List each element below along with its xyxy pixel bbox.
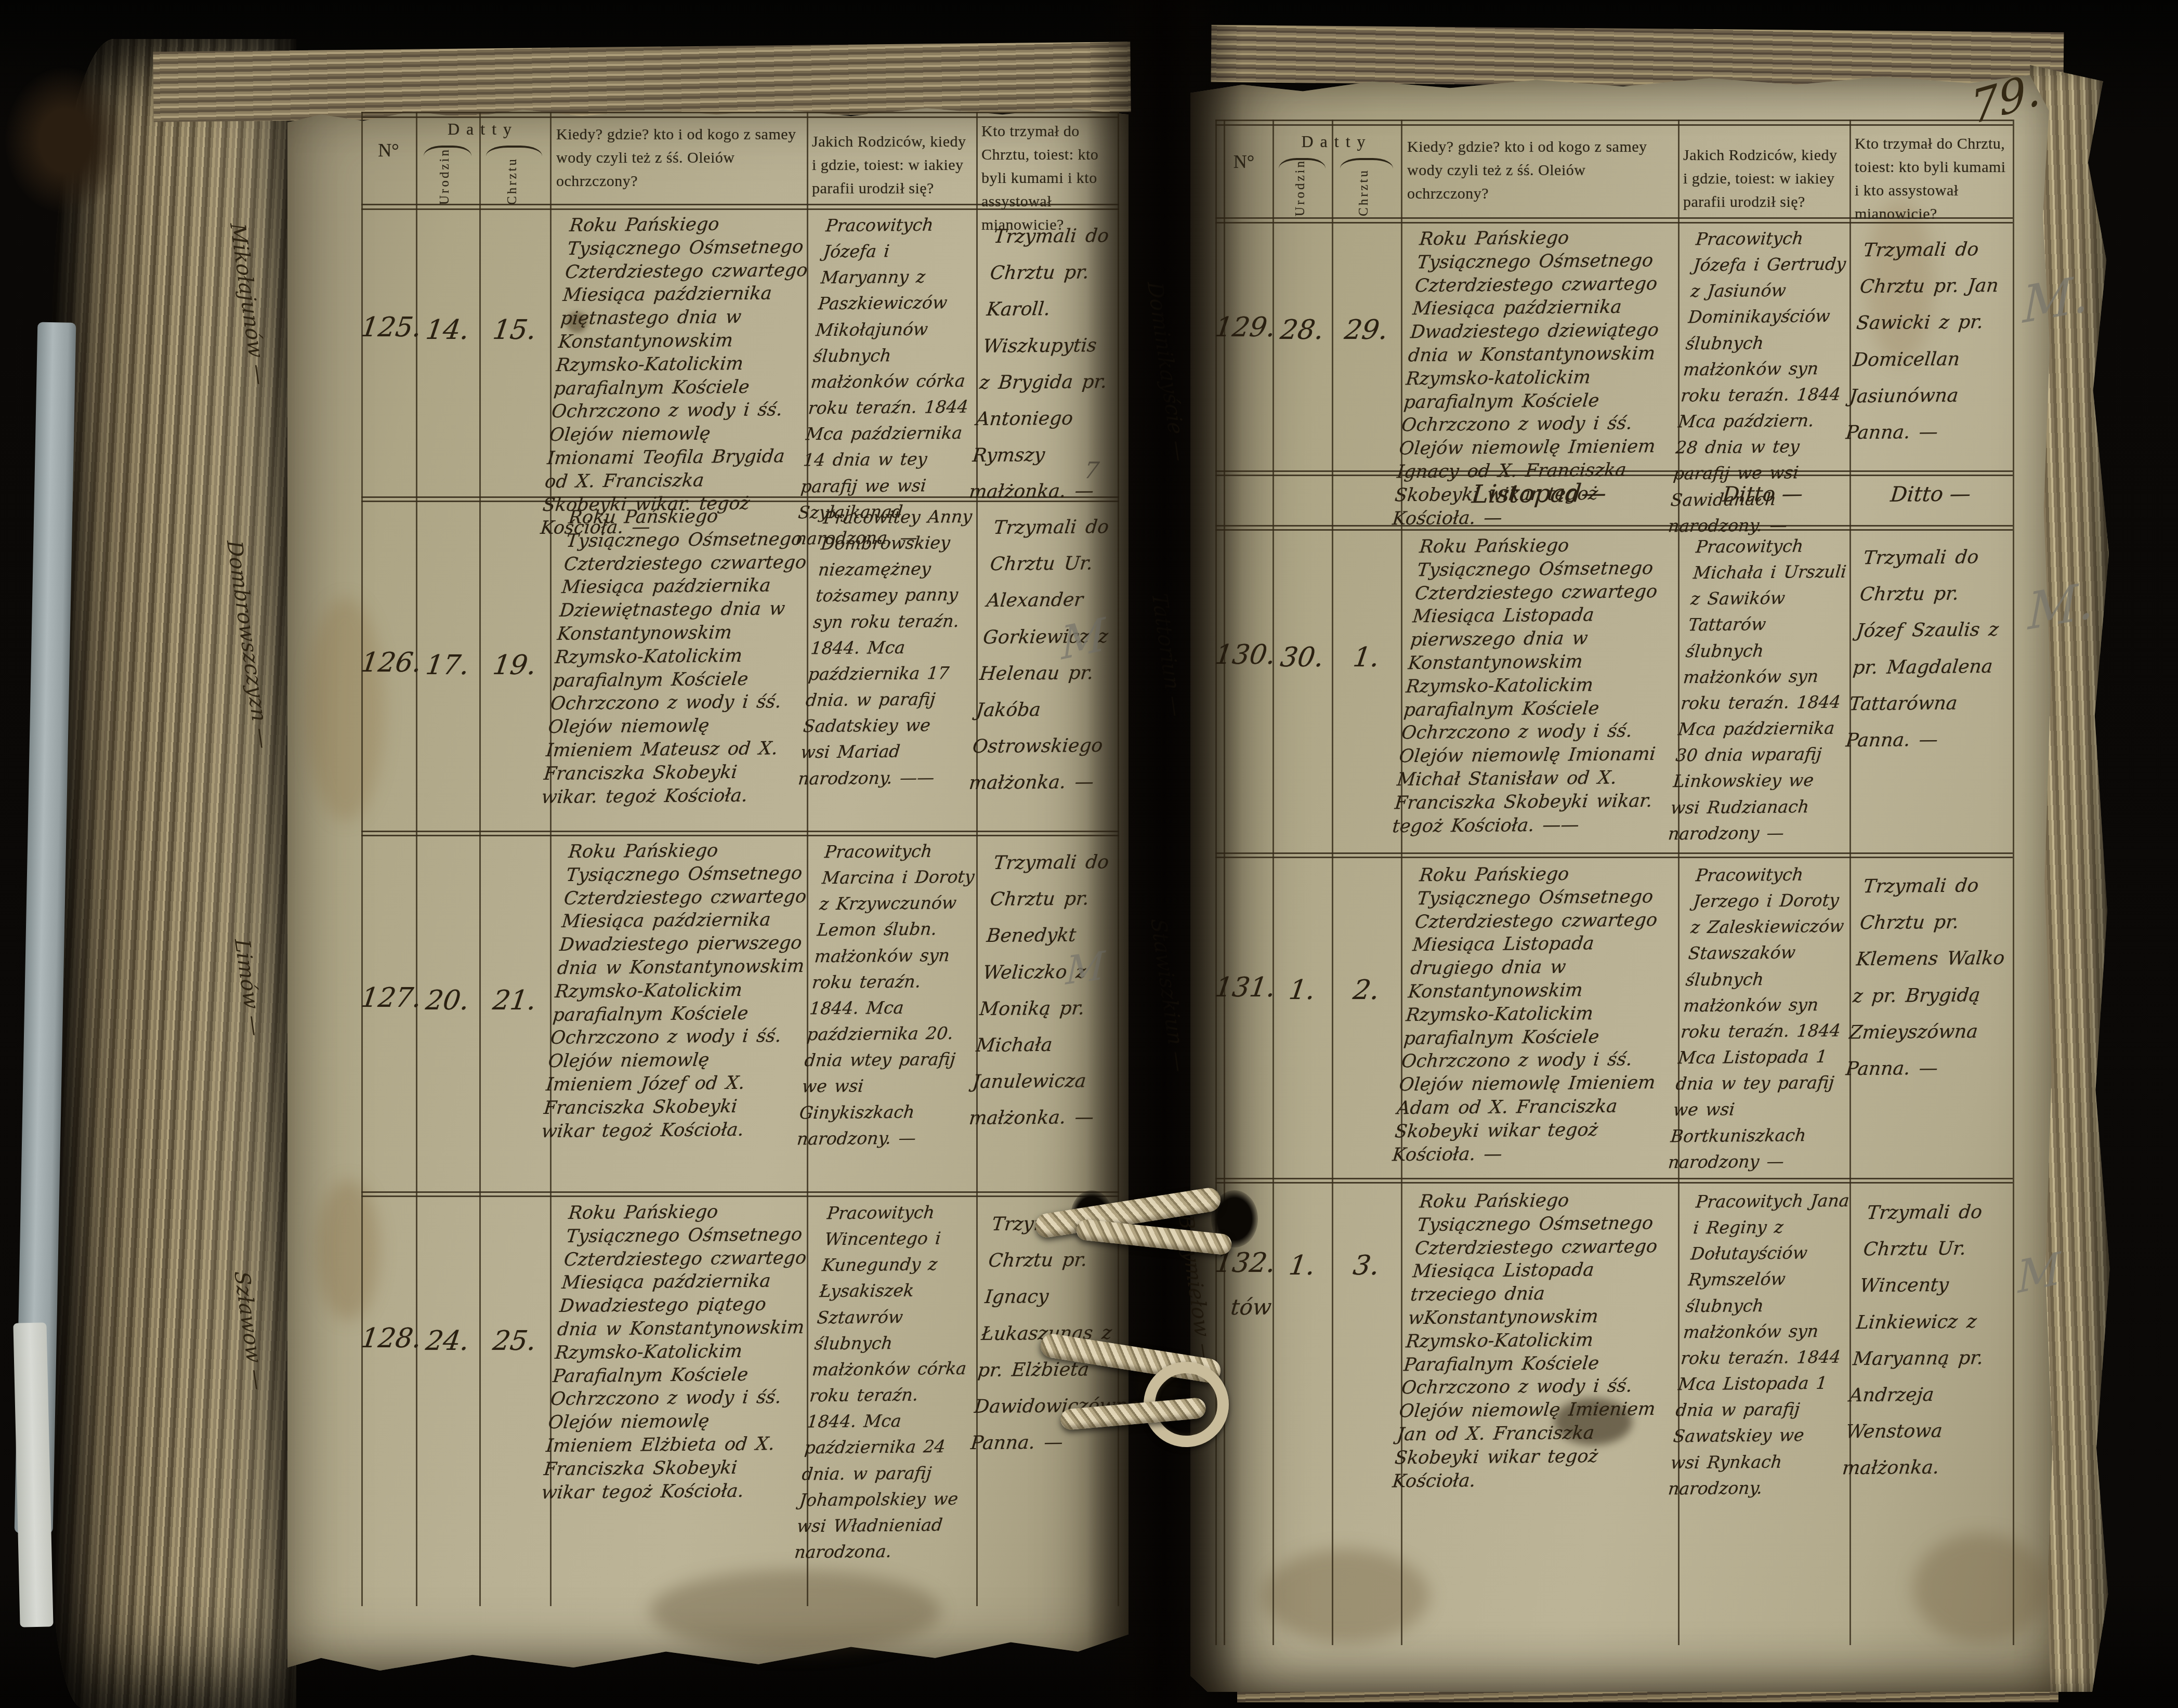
column-header-chrztu: Chrztu	[505, 155, 520, 205]
white-paper-edge	[13, 1322, 53, 1627]
table-rule	[1215, 1182, 2013, 1184]
page-stack-fore-edge	[52, 39, 296, 1708]
record-number: 131.	[1213, 972, 1275, 1003]
birth-date: 17.	[414, 650, 481, 681]
birth-date: 1.	[1270, 1250, 1334, 1281]
table-rule	[1215, 1178, 2013, 1179]
parents-entry-text: Pracowitey Anny Dombrowskiey niezamężney…	[797, 504, 985, 792]
table-rule	[1215, 852, 2013, 854]
table-rule	[1215, 529, 2013, 531]
table-rule	[1215, 124, 2013, 126]
page-edges-top-left	[153, 42, 1131, 122]
pencil-mark: M	[1060, 608, 1107, 671]
birth-date: 24.	[414, 1325, 481, 1357]
record-number: 127.	[359, 982, 418, 1014]
baptism-entry-text: Roku Pańskiego Tysiącznego Ośmsetnego Cz…	[541, 838, 818, 1143]
baptism-date: 3.	[1330, 1250, 1403, 1281]
parents-entry-text: Pracowitych Michała i Urszuli z Sawików …	[1667, 533, 1858, 847]
village-margin-note: Stawiszkiun —	[1146, 918, 1191, 1072]
column-header-datty: Datty	[1272, 132, 1401, 151]
column-header-kiedy: Kiedy? gdzie? kto i od kogo z samey wody…	[1407, 135, 1670, 205]
baptism-entry-text: Roku Pańskiego Tysiącznego Ośmsetnego Cz…	[1392, 1188, 1687, 1493]
table-rule	[1272, 120, 1274, 1645]
village-margin-note: Dominikayście —	[1143, 282, 1192, 462]
table-rule	[1332, 120, 1333, 1645]
column-header-urodzin: Urodzin	[438, 155, 452, 205]
table-rule	[361, 835, 1119, 836]
baptism-date: 15.	[477, 314, 552, 346]
table-rule	[550, 112, 552, 1606]
column-header-urodzin: Urodzin	[1293, 166, 1308, 216]
birth-date: 30.	[1270, 642, 1334, 673]
record-number: 125.	[359, 312, 418, 343]
parents-entry-text: Pracowitych Jerzego i Doroty z Zaleskiew…	[1667, 861, 1858, 1176]
godparents-entry-text: Trzymali do Chrztu pr. Jan Sawicki z pr.…	[1844, 231, 2017, 452]
register-book-scan: N° Datty Urodzin Chrztu Kiedy? gdzie? kt…	[0, 0, 2178, 1708]
record-number: 128.	[359, 1323, 418, 1354]
column-header-kiedy: Kiedy? gdzie? kto i od kogo z samey wody…	[556, 123, 799, 193]
table-rule	[361, 112, 1119, 113]
village-margin-note: Tattoriun —	[1147, 593, 1188, 717]
table-rule	[361, 1195, 1119, 1197]
month-header: Listopad—	[1405, 478, 1674, 509]
birth-date: 20.	[414, 985, 481, 1016]
godparents-entry-text: Trzymali do Chrztu pr. Klemens Walko z p…	[1844, 868, 2017, 1088]
binding-shadow	[5, 68, 125, 213]
baptism-date: 19.	[477, 650, 552, 681]
column-header-rodzice: Jakich Rodziców, kiedy i gdzie, toiest: …	[1683, 143, 1842, 214]
column-header-chrztu: Chrztu	[1357, 166, 1371, 216]
record-number: 126.	[359, 647, 418, 678]
baptism-entry-text: Roku Pańskiego Tysiącznego Ośmsetnego Cz…	[1392, 862, 1687, 1167]
baptism-entry-text: Roku Pańskiego Tysiącznego Ośmsetnego Cz…	[541, 504, 818, 809]
godparents-entry-text: Trzymali do Chrztu pr. Karoll. Wiszkupyt…	[967, 218, 1127, 511]
ditto-mark: Ditto —	[1681, 482, 1845, 507]
parents-entry-text: Pracowitych Marcina i Doroty z Krzywczun…	[796, 838, 986, 1152]
godparents-entry-text: Trzymali do Chrztu pr. Benedykt Weliczko…	[967, 844, 1127, 1137]
pencil-mark: M.	[2023, 264, 2089, 335]
column-header-no: N°	[1215, 151, 1272, 173]
birth-date: 1.	[1270, 975, 1334, 1006]
baptism-date: 25.	[477, 1325, 552, 1357]
baptism-entry-text: Roku Pańskiego Tysiącznego Ośmsetnego Cz…	[1392, 533, 1687, 838]
baptism-date: 2.	[1330, 975, 1403, 1006]
page-edges-top-right	[1211, 25, 2064, 89]
margin-note-fragment: tów	[1230, 1294, 1273, 1320]
table-rule	[1215, 120, 2013, 121]
record-number: 129.	[1213, 312, 1275, 343]
birth-date: 28.	[1270, 314, 1334, 346]
baptism-entry-text: Roku Pańskiego Tysiącznego Ośmsetnego Cz…	[540, 212, 819, 540]
birth-date: 14.	[414, 314, 481, 346]
pencil-mark: M.	[2028, 571, 2094, 641]
godparents-entry-text: Trzymali do Chrztu pr. Józef Szaulis z p…	[1844, 539, 2017, 759]
baptism-date: 21.	[477, 985, 552, 1016]
column-header-rodzice: Jakich Rodziców, kiedy i gdzie, toiest: …	[812, 130, 969, 200]
baptism-date: 29.	[1330, 314, 1403, 346]
column-header-kumowie: Kto trzymał do Chrztu, toiest: kto byli …	[1855, 132, 2006, 226]
baptism-date: 1.	[1330, 642, 1403, 673]
pencil-mark: M	[2016, 1242, 2062, 1303]
ditto-mark: Ditto —	[1854, 482, 2008, 507]
table-rule	[1215, 857, 2013, 858]
column-header-no: N°	[361, 139, 416, 161]
parents-entry-text: Pracowitych Józefa i Maryanny z Paszkiew…	[794, 212, 987, 552]
column-header-datty: Datty	[416, 120, 550, 139]
pencil-mark: M	[1065, 943, 1106, 994]
record-number: 130.	[1213, 639, 1275, 671]
table-rule	[361, 831, 1119, 832]
baptism-entry-text: Roku Pańskiego Tysiącznego Ośmsetnego Cz…	[541, 1200, 818, 1504]
parents-entry-text: Pracowitych Jana i Reginy z Dołutayściów…	[1667, 1188, 1858, 1502]
table-rule	[361, 1191, 1119, 1193]
table-rule	[361, 116, 1119, 118]
godparents-entry-text: Trzymali do Chrztu Ur. Wincenty Linkiewi…	[1841, 1194, 2020, 1487]
